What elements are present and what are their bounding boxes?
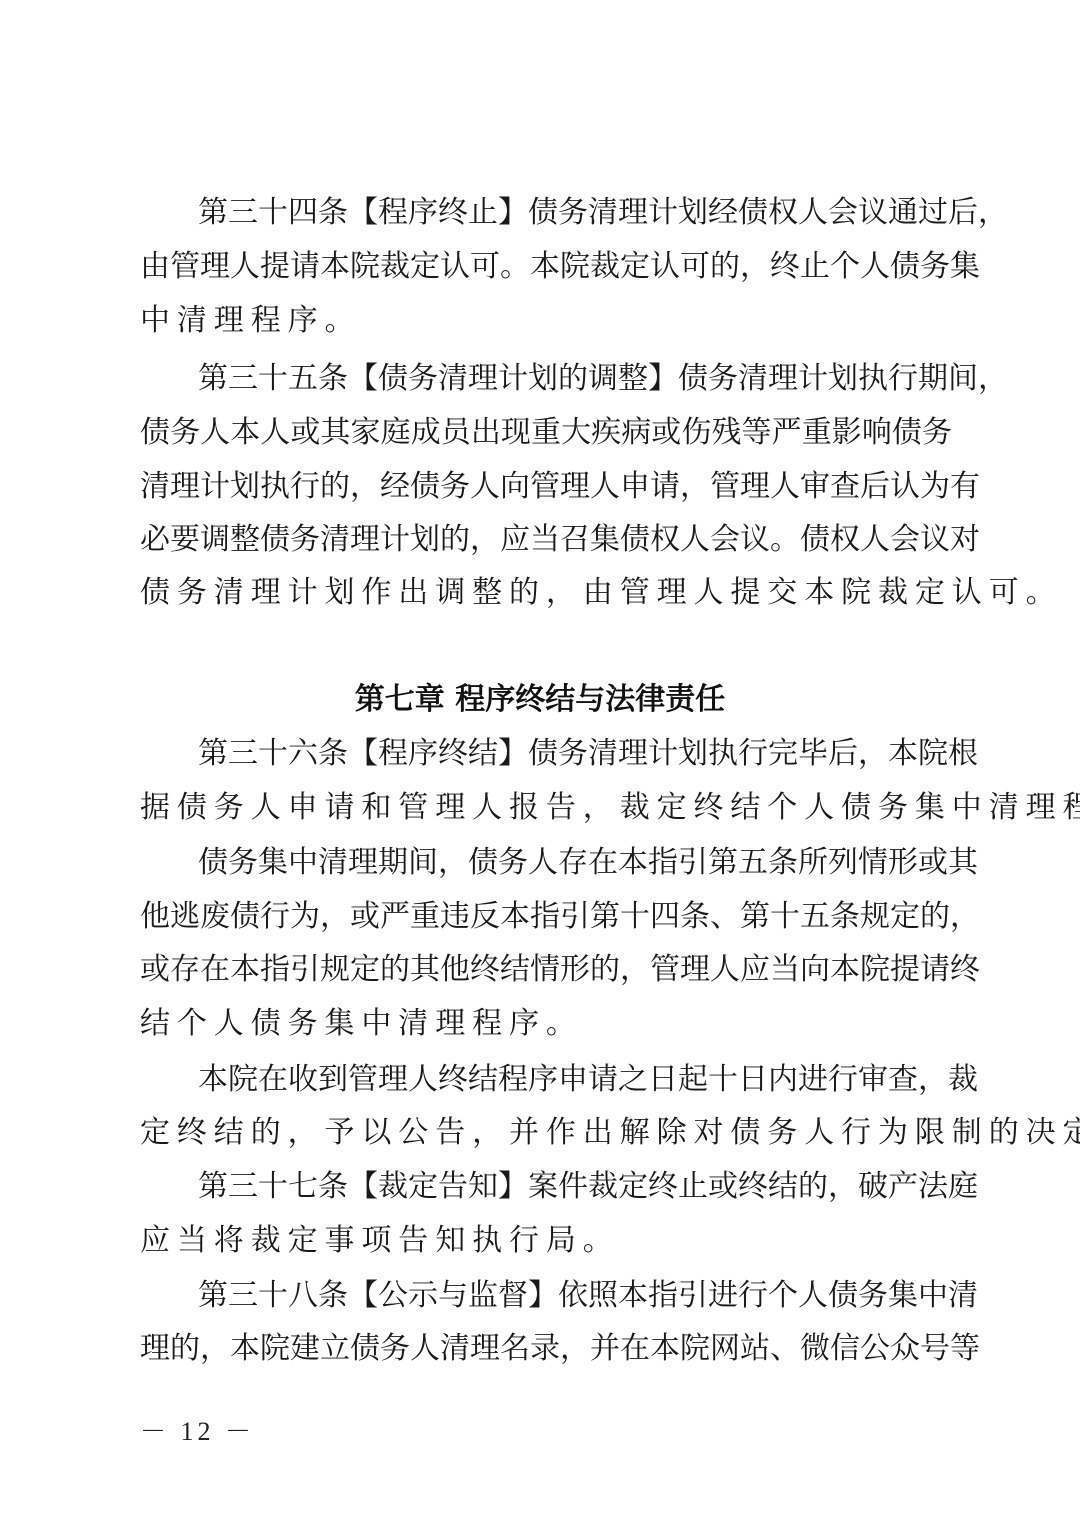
page-number: － 12 － bbox=[140, 1412, 255, 1452]
article-34-line-3: 中清理程序。 bbox=[140, 294, 952, 348]
article-38-line-1: 第三十八条【公示与监督】依照本指引进行个人债务集中清 bbox=[198, 1269, 952, 1323]
article-36-line-1: 第三十六条【程序终结】债务清理计划执行完毕后，本院根 bbox=[198, 727, 952, 781]
article-36c-line-2: 定终结的，予以公告，并作出解除对债务人行为限制的决定。 bbox=[140, 1106, 952, 1160]
document-page: 第三十四条【程序终止】债务清理计划经债权人会议通过后， 由管理人提请本院裁定认可… bbox=[0, 0, 1080, 1527]
article-36b-line-3: 或存在本指引规定的其他终结情形的，管理人应当向本院提请终 bbox=[140, 943, 952, 997]
article-36b-line-4: 结个人债务集中清理程序。 bbox=[140, 997, 952, 1051]
article-36b-line-2: 他逃废债行为，或严重违反本指引第十四条、第十五条规定的， bbox=[140, 890, 952, 944]
article-35-line-2: 债务人本人或其家庭成员出现重大疾病或伤残等严重影响债务 bbox=[140, 406, 952, 460]
article-38-line-2: 理的，本院建立债务人清理名录，并在本院网站、微信公众号等 bbox=[140, 1322, 952, 1376]
chapter-heading: 第七章 程序终结与法律责任 bbox=[0, 673, 1080, 727]
article-34-line-2: 由管理人提请本院裁定认可。本院裁定认可的，终止个人债务集 bbox=[140, 240, 952, 294]
article-35-line-5: 债务清理计划作出调整的，由管理人提交本院裁定认可。 bbox=[140, 566, 952, 620]
article-36-line-2: 据债务人申请和管理人报告，裁定终结个人债务集中清理程序。 bbox=[140, 781, 952, 835]
article-35-line-3: 清理计划执行的，经债务人向管理人申请，管理人审查后认为有 bbox=[140, 460, 952, 514]
article-37-line-2: 应当将裁定事项告知执行局。 bbox=[140, 1214, 952, 1268]
article-36c-line-1: 本院在收到管理人终结程序申请之日起十日内进行审查，裁 bbox=[198, 1053, 952, 1107]
article-37-line-1: 第三十七条【裁定告知】案件裁定终止或终结的，破产法庭 bbox=[198, 1160, 952, 1214]
article-35-line-1: 第三十五条【债务清理计划的调整】债务清理计划执行期间， bbox=[198, 352, 952, 406]
article-34-line-1: 第三十四条【程序终止】债务清理计划经债权人会议通过后， bbox=[198, 186, 952, 240]
article-36b-line-1: 债务集中清理期间，债务人存在本指引第五条所列情形或其 bbox=[198, 836, 952, 890]
article-35-line-4: 必要调整债务清理计划的，应当召集债权人会议。债权人会议对 bbox=[140, 513, 952, 567]
